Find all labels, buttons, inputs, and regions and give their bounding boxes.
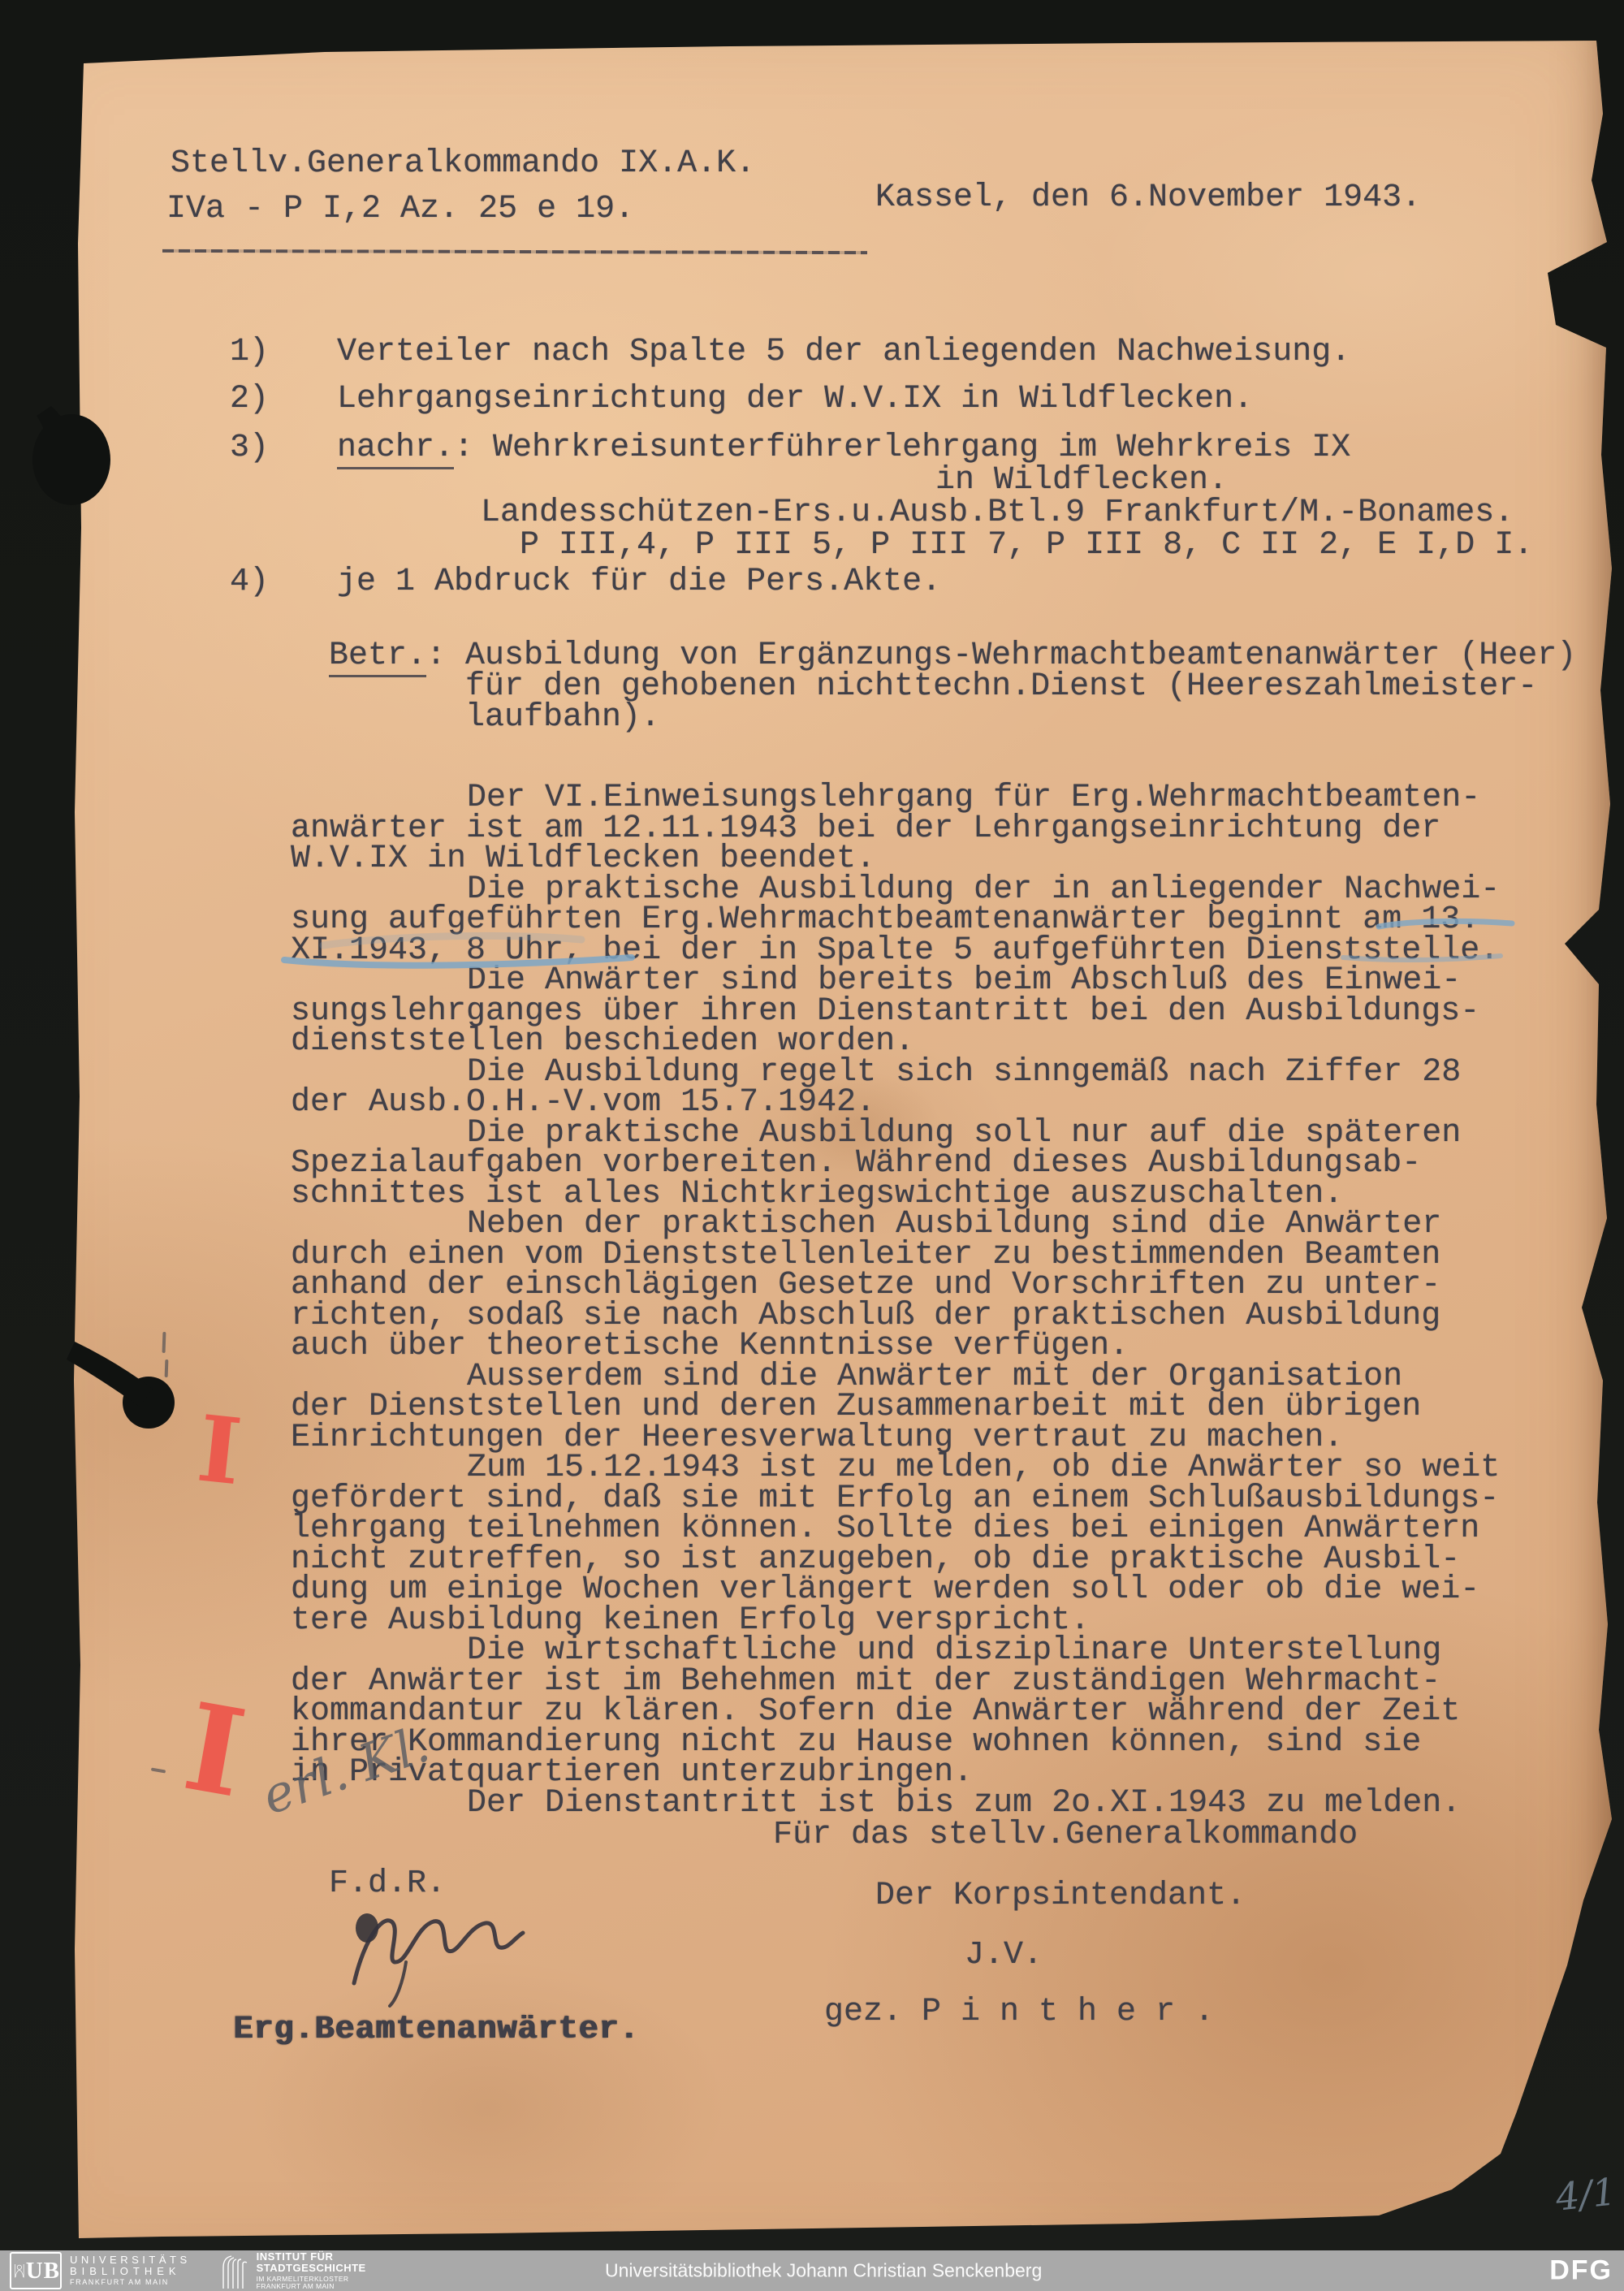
typed-line: kommandantur zu klären. Sofern die Anwär… bbox=[291, 1696, 1460, 1728]
dist-num-3: 3) bbox=[230, 432, 269, 465]
typed-line: der Dienststellen und deren Zusammenarbe… bbox=[291, 1391, 1421, 1424]
subject-line-2: für den gehobenen nichttechn.Dienst (Hee… bbox=[465, 671, 1537, 703]
page-background: { "page":{ "background":"#17191b", "pape… bbox=[0, 0, 1624, 2291]
dfg-logo: DFG bbox=[1549, 2255, 1613, 2287]
ref-line-1: Stellv.Generalkommando IX.A.K. bbox=[171, 148, 755, 180]
dist-item-3b: in Wildflecken. bbox=[935, 465, 1228, 497]
dist-item-3d: P III,4, P III 5, P III 7, P III 8, C II… bbox=[520, 530, 1533, 562]
typed-line: Zum 15.12.1943 ist zu melden, ob die Anw… bbox=[467, 1452, 1500, 1485]
typed-line: lehrgang teilnehmen können. Sollte dies … bbox=[291, 1513, 1479, 1545]
typed-line: Die Anwärter sind bereits beim Abschluß … bbox=[467, 965, 1461, 997]
dist-item-2: Lehrgangseinrichtung der W.V.IX in Wildf… bbox=[337, 383, 1253, 416]
dist-item-4: je 1 Abdruck für die Pers.Akte. bbox=[337, 566, 941, 599]
dist-item-3c: Landesschützen-Ers.u.Ausb.Btl.9 Frankfur… bbox=[481, 497, 1514, 530]
ub-label-line2: BIBLIOTHEK bbox=[70, 2266, 191, 2277]
dist-num-1: 1) bbox=[230, 336, 269, 369]
dist-item-3: nachr.: Wehrkreisunterführerlehrgang im … bbox=[337, 432, 1350, 465]
dist-num-4: 4) bbox=[230, 566, 269, 599]
typed-line: auch über theoretische Kenntnisse verfüg… bbox=[291, 1330, 1129, 1363]
typed-line: Spezialaufgaben vorbereiten. Während die… bbox=[291, 1148, 1421, 1180]
ub-logo: UB UNIVERSITÄTS BIBLIOTHEK FRANKFURT AM … bbox=[10, 2252, 191, 2289]
closing-line-2: Der Korpsintendant. bbox=[875, 1880, 1246, 1913]
typed-line: Der Dienstantritt ist bis zum 2o.XI.1943… bbox=[467, 1787, 1461, 1820]
typed-line: der Ausb.O.H.-V.vom 15.7.1942. bbox=[291, 1087, 875, 1119]
red-crayon-mark: I bbox=[194, 1413, 244, 1490]
dist-num-2: 2) bbox=[230, 383, 269, 416]
institut-label-line4: FRANKFURT AM MAIN bbox=[257, 2283, 366, 2290]
closing-line-4: gez. P i n t h e r . bbox=[824, 1996, 1214, 2029]
closing-line-3: J.V. bbox=[965, 1939, 1043, 1972]
typed-line: W.V.IX in Wildflecken beendet. bbox=[291, 843, 875, 875]
ub-label-line1: UNIVERSITÄTS bbox=[70, 2254, 191, 2266]
typed-line: Die wirtschaftliche und disziplinare Unt… bbox=[467, 1635, 1441, 1667]
ub-book-icon: UB bbox=[10, 2252, 62, 2289]
ub-abbr: UB bbox=[26, 2258, 60, 2285]
typed-line: dung um einige Wochen verlängert werden … bbox=[291, 1574, 1479, 1606]
typed-line: dienststellen beschieden worden. bbox=[291, 1026, 914, 1058]
typed-line: Neben der praktischen Ausbildung sind di… bbox=[467, 1208, 1441, 1241]
ub-label-line3: FRANKFURT AM MAIN bbox=[70, 2279, 191, 2286]
margin-pencil-dash bbox=[165, 1359, 169, 1377]
dist-item-1: Verteiler nach Spalte 5 der anliegenden … bbox=[337, 336, 1350, 369]
library-name-label: Universitätsbibliothek Johann Christian … bbox=[605, 2260, 1042, 2282]
kloster-arch-icon bbox=[220, 2253, 249, 2289]
subject-line-3: laufbahn). bbox=[465, 702, 660, 734]
subject-line-1: Betr.: Ausbildung von Ergänzungs-Wehrmac… bbox=[329, 640, 1576, 672]
dateline: Kassel, den 6.November 1943. bbox=[875, 182, 1421, 214]
institut-logo: INSTITUT FÜR STADTGESCHICHTE IM KARMELIT… bbox=[220, 2251, 366, 2290]
corner-pencil-note: 4/1 bbox=[1554, 2175, 1618, 2215]
institut-label-line1: INSTITUT FÜR bbox=[257, 2251, 366, 2263]
footer-bar: UB UNIVERSITÄTS BIBLIOTHEK FRANKFURT AM … bbox=[0, 2250, 1624, 2291]
typed-line: sung aufgeführten Erg.Wehrmachtbeamtenan… bbox=[291, 904, 1479, 936]
footnote-line: Erg.Beamtenanwärter. bbox=[233, 2014, 639, 2047]
typed-line: anhand der einschlägigen Gesetze und Vor… bbox=[291, 1269, 1440, 1302]
institut-label-line2: STADTGESCHICHTE bbox=[257, 2263, 366, 2274]
typed-line: Der VI.Einweisungslehrgang für Erg.Wehrm… bbox=[467, 782, 1480, 815]
fdr-line: F.d.R. bbox=[329, 1868, 446, 1900]
ref-line-2: IVa - P I,2 Az. 25 e 19. bbox=[166, 193, 634, 226]
closing-line-1: Für das stellv.Generalkommando bbox=[773, 1819, 1358, 1852]
